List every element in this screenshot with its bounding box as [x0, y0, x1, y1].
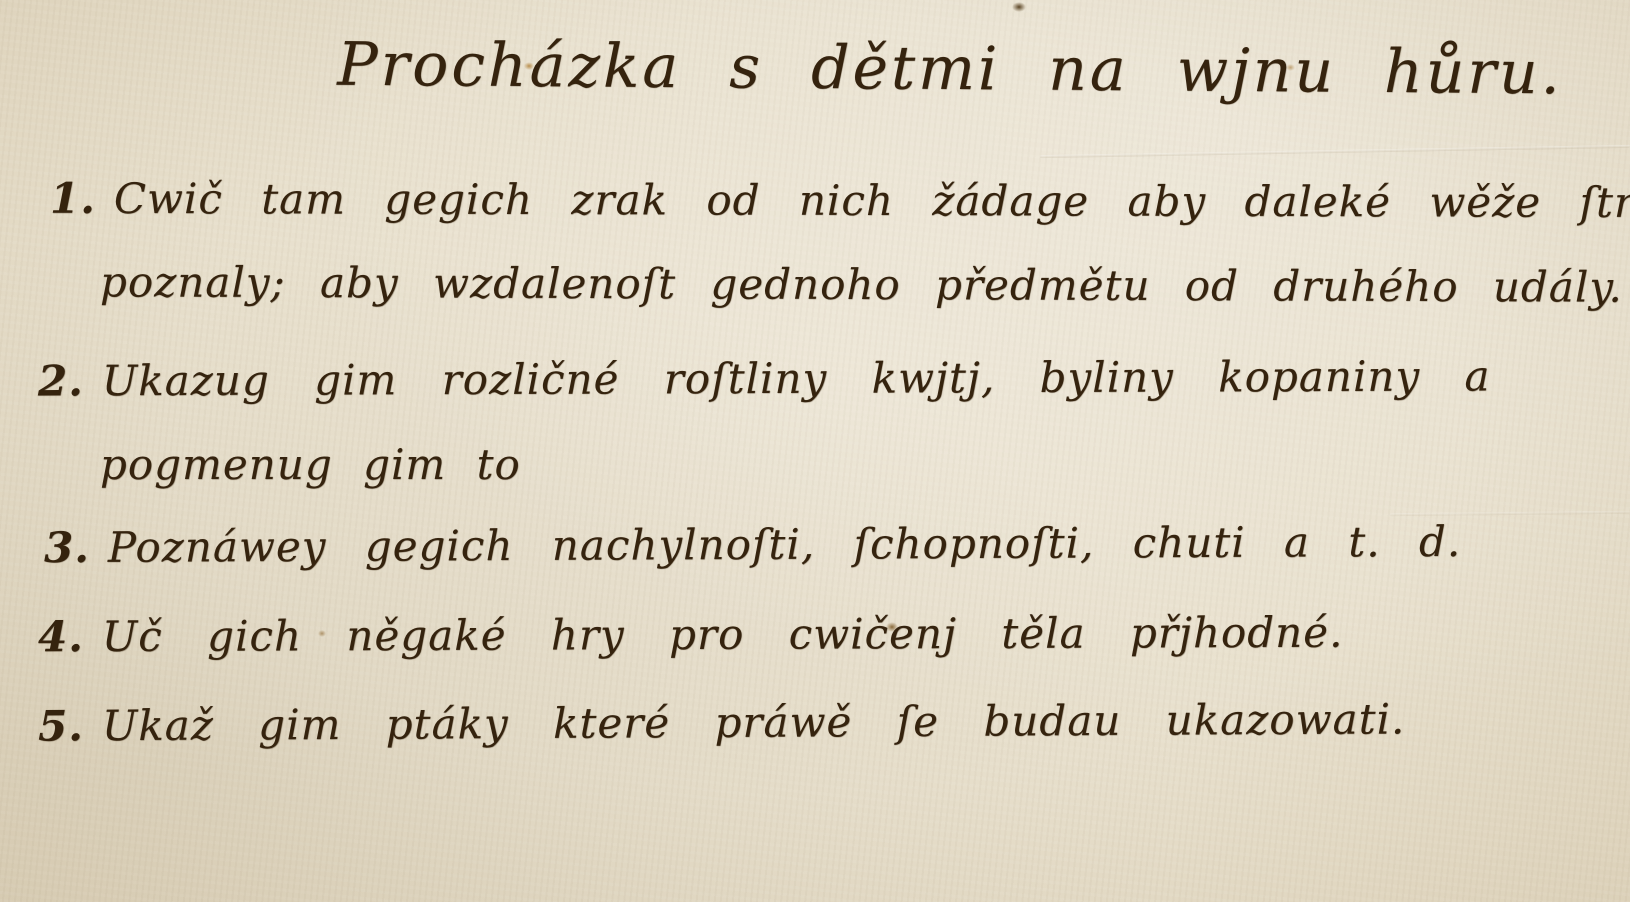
manuscript-line-item3: 3.Poznáwey gegich nachylnoſti, ſchopnoſt…	[44, 517, 1461, 572]
item-number-2: 2.	[38, 356, 84, 405]
item-number-5: 5.	[38, 701, 84, 750]
item-number-4: 4.	[38, 612, 84, 661]
item-number-3: 3.	[44, 523, 90, 572]
paper-crease	[1040, 145, 1630, 158]
item-2-text-line-2: pogmenug gim to	[100, 440, 521, 489]
item-1-text-line-1: Cwič tam gegich zrak od nich žádage aby …	[114, 174, 1630, 227]
item-5-text: Ukaž gim ptáky které práwě ſe budau ukaz…	[102, 694, 1406, 750]
manuscript-line-item4: 4.Uč gich něgaké hry pro cwičenj těla př…	[38, 608, 1344, 662]
manuscript-line-item2: 2.Ukazug gim rozličné roſtliny kwjtj, by…	[38, 351, 1491, 405]
manuscript-line-item5: 5.Ukaž gim ptáky které práwě ſe budau uk…	[38, 694, 1406, 750]
paper-stain	[1012, 2, 1026, 12]
item-2-text-line-1: Ukazug gim rozličné roſtliny kwjtj, byli…	[102, 351, 1491, 405]
item-1-text-line-2: poznaly; aby wzdalenoſt gednoho předmětu…	[100, 257, 1623, 311]
manuscript-page: Procházka s dětmi na wjnu hůru. 1.Cwič t…	[0, 0, 1630, 902]
item-4-text: Uč gich něgaké hry pro cwičenj těla přjh…	[102, 608, 1344, 661]
item-number-1: 1.	[50, 174, 96, 223]
manuscript-line-item2-cont: pogmenug gim to	[100, 440, 521, 489]
manuscript-line-item1: 1.Cwič tam gegich zrak od nich žádage ab…	[50, 174, 1630, 227]
manuscript-line-item1-cont: poznaly; aby wzdalenoſt gednoho předmětu…	[100, 257, 1623, 311]
item-3-text: Poznáwey gegich nachylnoſti, ſchopnoſti,…	[108, 517, 1462, 572]
paper-crease	[1390, 511, 1630, 517]
document-title: Procházka s dětmi na wjnu hůru.	[300, 29, 1600, 108]
